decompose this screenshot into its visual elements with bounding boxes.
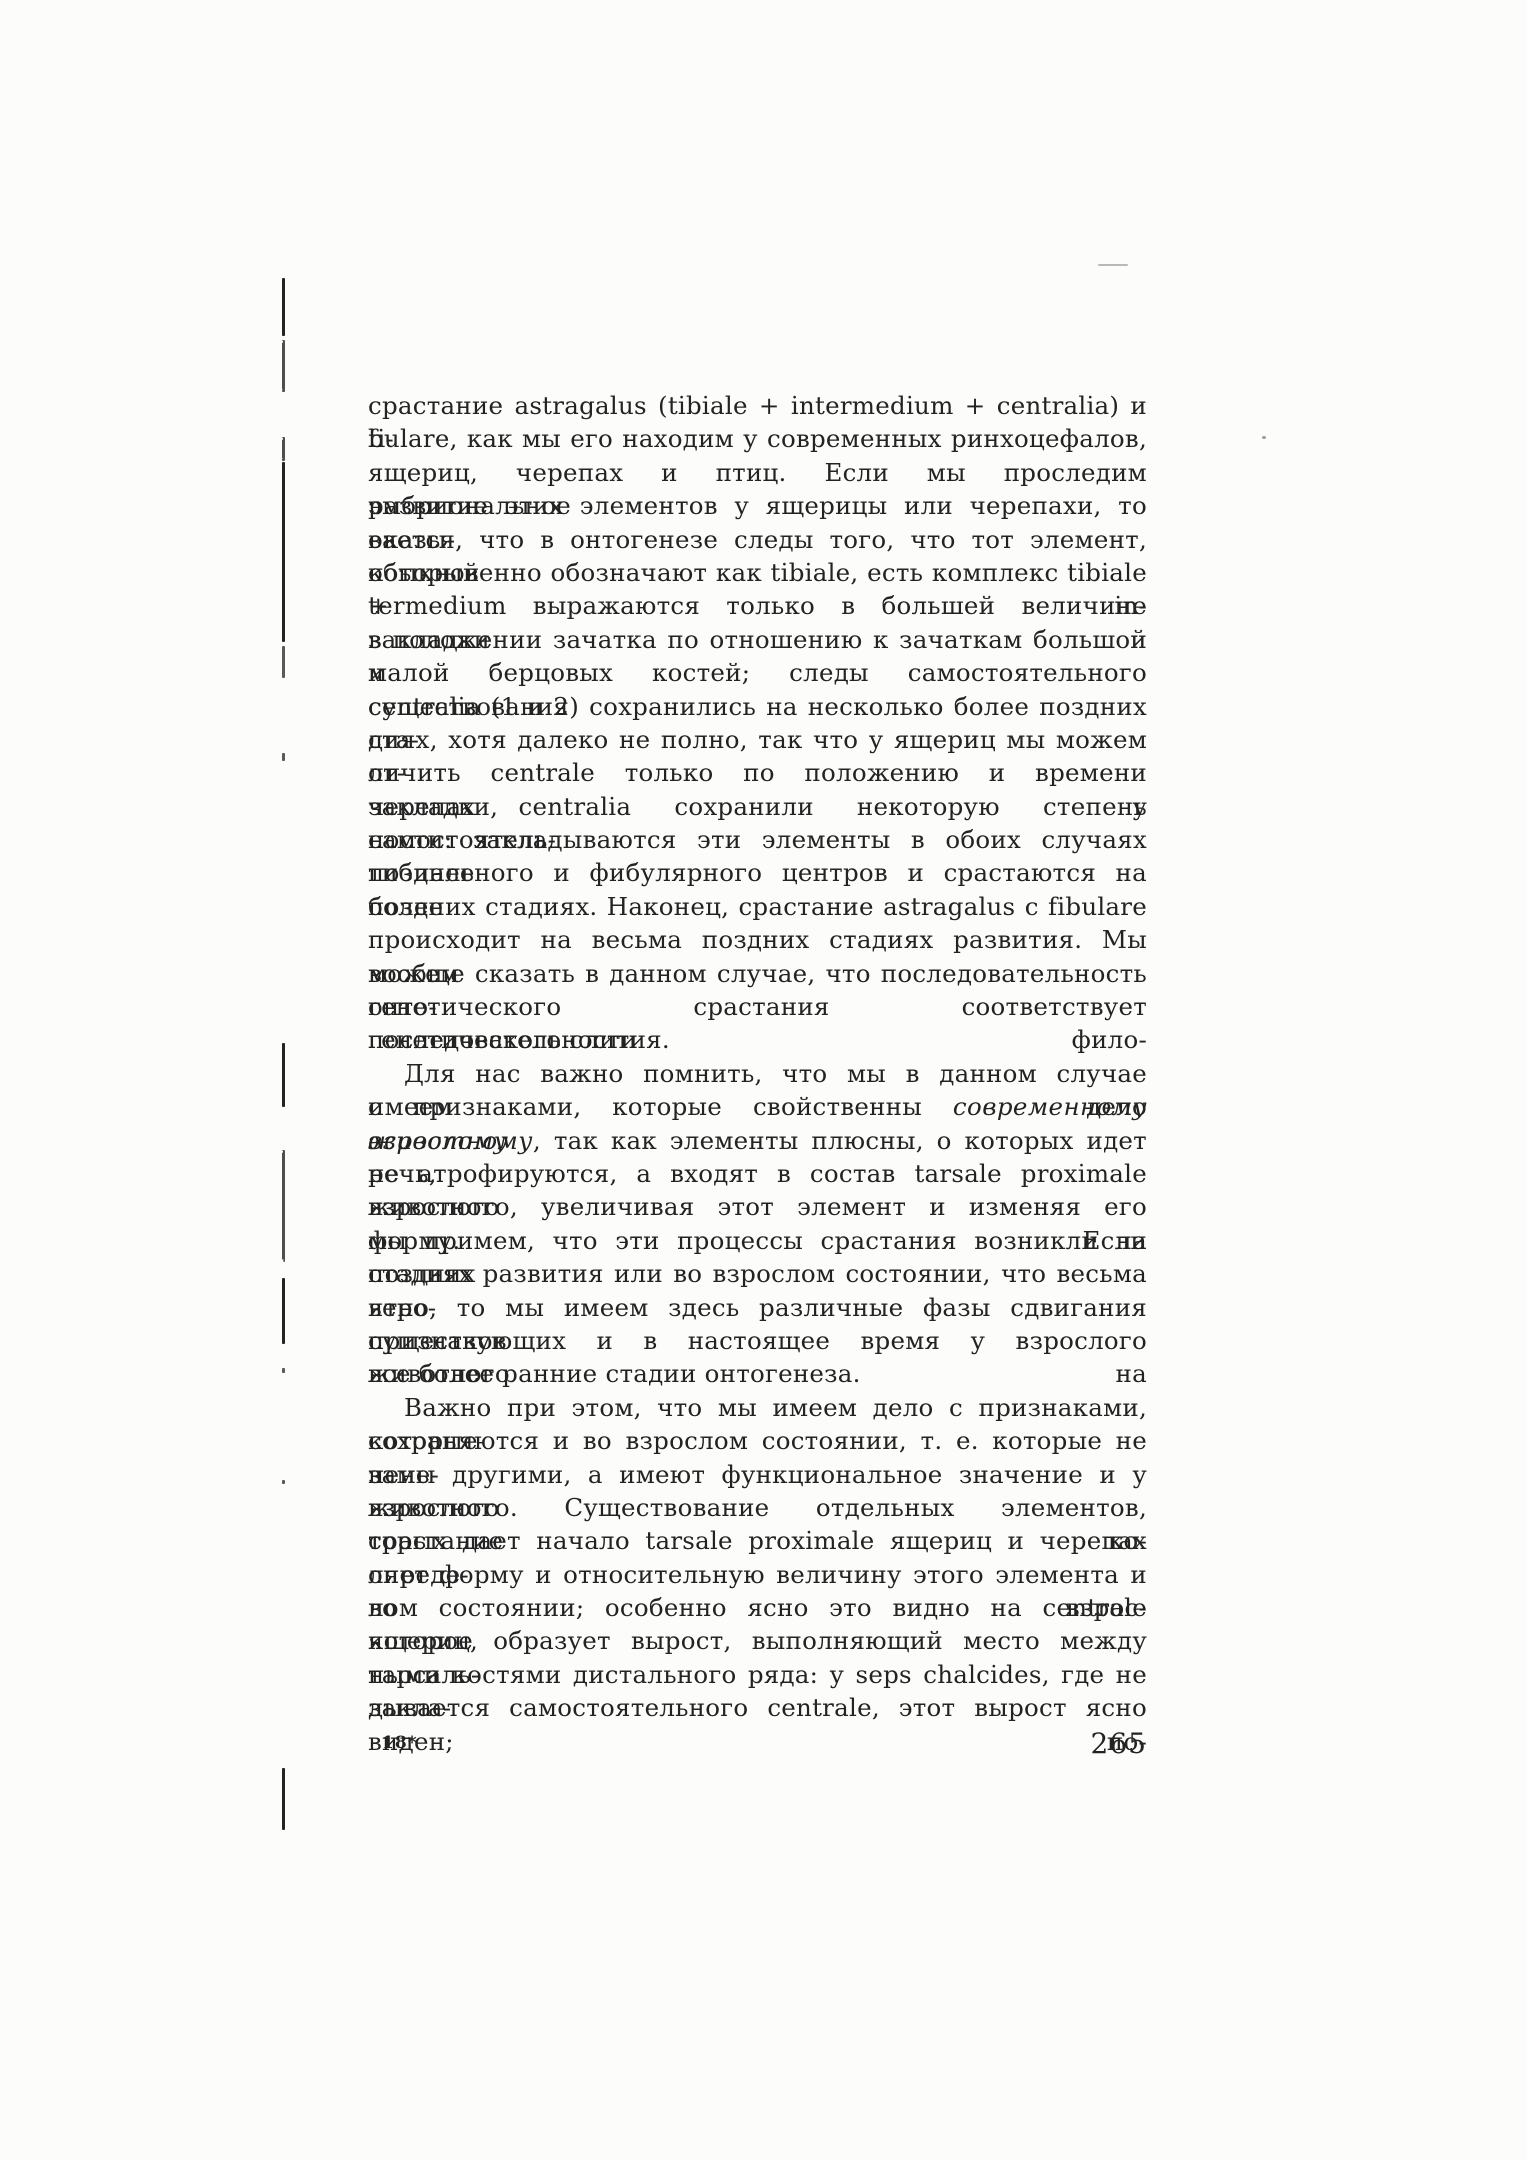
text-line: существующих и в настоящее время у взрос… [368,1324,1147,1357]
text-line: дывается самостоятельного centrale, этот… [368,1691,1147,1724]
page-footer: 18* 265 [368,1727,1147,1760]
text-line: ности: закладываются эти элементы в обои… [368,823,1147,856]
signature-mark: 18* [368,1727,418,1753]
text-line: торых дает начало tarsale proximale ящер… [368,1524,1147,1557]
scan-artifact-line [282,340,285,392]
text-line: вается, что в онтогенезе следы того, что… [368,523,1147,556]
scan-artifact-line [282,278,285,336]
text-line: вообще сказать в данном случае, что посл… [368,957,1147,990]
scan-artifact-line [282,1150,285,1262]
text-line: не атрофируются, а входят в состав tarsa… [368,1157,1147,1190]
text-line: Важно при этом, что мы имеем дело с приз… [368,1391,1147,1424]
scan-speck [1262,436,1266,439]
text-line: Для нас важно помнить, что мы в данном с… [368,1057,1147,1090]
page-number: 265 [1091,1727,1147,1760]
scan-artifact-line [282,462,285,642]
text-line: ляет форму и относительную величину этог… [368,1558,1147,1591]
scan-artifact-line [282,1278,285,1344]
text-line: которое образует вырост, выполняющий мес… [368,1624,1147,1657]
text-line: малой берцовых костей; следы самостоятел… [368,656,1147,689]
scan-artifact-line [282,437,285,461]
paragraph: Важно при этом, что мы имеем дело с приз… [368,1391,1147,1725]
scan-artifact-line [282,1043,285,1107]
text-line: мы примем, что эти процессы срастания во… [368,1224,1147,1257]
text-line: тибиального и фибулярного центров и срас… [368,856,1147,889]
text-line: bulare, как мы его находим у современных… [368,422,1147,455]
text-line: диях, хотя далеко не полно, так что у ящ… [368,723,1147,756]
text-line: животного. Существование отдельных элеме… [368,1491,1147,1524]
text-line: происходит на весьма поздних стадиях раз… [368,923,1147,956]
text-block: срастание astragalus (tibiale + intermed… [368,389,1147,1725]
scan-artifact-line [282,1768,285,1830]
text-line: ятно, то мы имеем здесь различные фазы с… [368,1291,1147,1324]
scan-artifact-line [282,1480,285,1484]
text-line: в положении зачатка по отношению к зачат… [368,623,1147,656]
text-line: развитие этих элементов у ящерицы или че… [368,489,1147,522]
text-line: нены другими, а имеют функциональное зна… [368,1458,1147,1491]
text-line: поздних стадиях. Наконец, срастание astr… [368,890,1147,923]
text-line: животного, увеличивая этот элемент и изм… [368,1190,1147,1223]
text-line: черепах centralia сохранили некоторую ст… [368,790,1147,823]
scan-speck [1098,264,1128,266]
text-line: генетического срастания соответствует по… [368,990,1147,1023]
book-page: срастание astragalus (tibiale + intermed… [0,0,1527,2160]
text-line: ными костями дистального ряда: у seps ch… [368,1658,1147,1691]
paragraph: срастание astragalus (tibiale + intermed… [368,389,1147,1057]
text-line: ящериц, черепах и птиц. Если мы проследи… [368,456,1147,489]
paragraph: Для нас важно помнить, что мы в данном с… [368,1057,1147,1391]
scan-artifact-line [282,646,285,678]
text-line: лом состоянии; особенно ясно это видно н… [368,1591,1147,1624]
text-line: срастание astragalus (tibiale + intermed… [368,389,1147,422]
text-line: стадиях развития или во взрослом состоян… [368,1257,1147,1290]
scan-artifact-line [282,1368,285,1373]
text-line: termedium выражаются только в большей ве… [368,589,1147,622]
text-line: с признаками, которые свойственны соврем… [368,1090,1147,1123]
text-line: животному, так как элементы плюсны, о ко… [368,1124,1147,1157]
text-line: сохраняются и во взрослом состоянии, т. … [368,1424,1147,1457]
scan-artifact-line [282,753,285,761]
text-line: обыкновенно обозначают как tibiale, есть… [368,556,1147,589]
text-line: centralia (1 и 2) сохранились на несколь… [368,690,1147,723]
text-line: личить centrale только по положению и вр… [368,756,1147,789]
